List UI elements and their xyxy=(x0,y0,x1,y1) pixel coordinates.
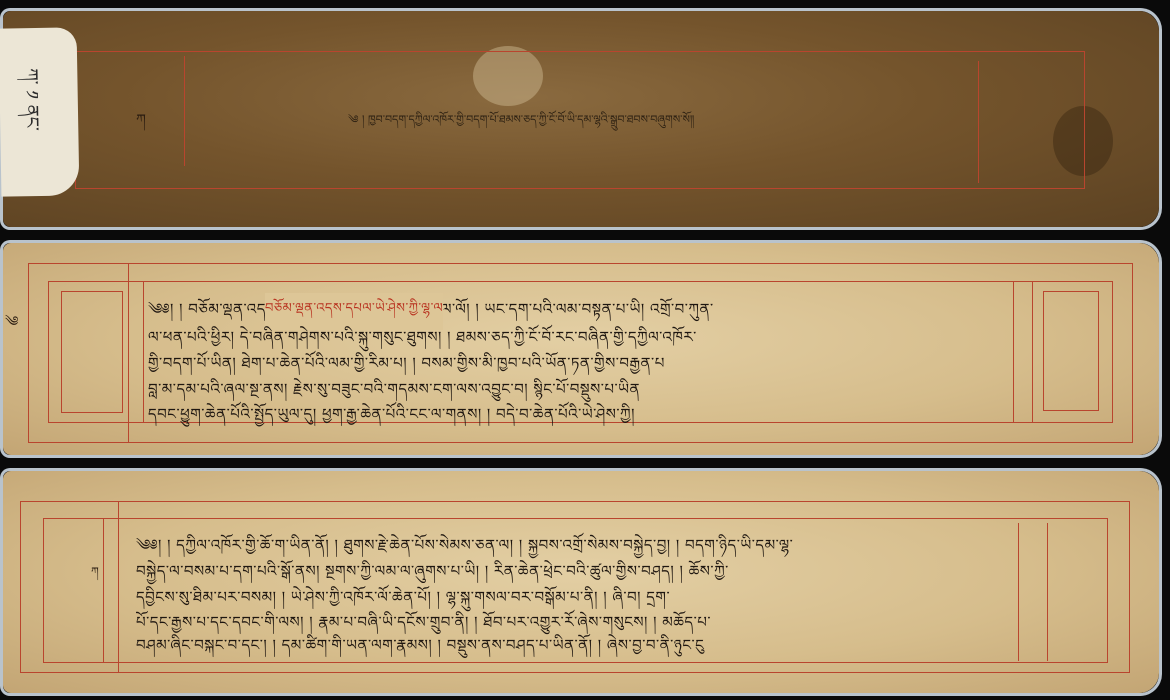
folio-cover-paper: ཀ ༄ ། ཁྱབ་བདག་དཀྱིལ་འཁོར་གྱི་བདག་པོ་ཐམས་… xyxy=(3,11,1159,227)
folio-cover: ཀ ༄ ། ཁྱབ་བདག་དཀྱིལ་འཁོར་གྱི་བདག་པོ་ཐམས་… xyxy=(0,8,1162,230)
text-line-5: བཤམ་ཞིང་བསྐང་བ་དང་། ། དམ་ཚིག་གི་ཡན་ལག་རྣ… xyxy=(136,629,1016,671)
text-line: དབང་ཕྱུག་ཆེན་པོའི་སྤྱོད་ཡུལ་དུ། ཕྱག་རྒྱ་… xyxy=(148,405,635,423)
text-line: བླ་མ་དམ་པའི་ཞལ་སྔ་ནས། རྗེས་སུ་བཟུང་བའི་ག… xyxy=(148,380,640,398)
cover-title: ༄ ། ཁྱབ་བདག་དཀྱིལ་འཁོར་གྱི་བདག་པོ་ཐམས་ཅད… xyxy=(348,107,694,138)
ruling-vline xyxy=(118,501,130,673)
folio-leaf-2-paper: ཀ ༄༅། ། དཀྱིལ་འཁོར་གྱི་ཆོ་ག་ཡིན་ནོ། ། ཐུ… xyxy=(3,471,1159,693)
text-line-5: དབང་ཕྱུག་ཆེན་པོའི་སྤྱོད་ཡུལ་དུ། ཕྱག་རྒྱ་… xyxy=(148,398,1008,440)
ruling-vline xyxy=(128,263,144,443)
text-line: བཤམ་ཞིང་བསྐང་བ་དང་། ། དམ་ཚིག་གི་ཡན་ལག་རྣ… xyxy=(136,636,704,654)
text-line: གྱི་བདག་པོ་ཡིན། ཐེག་པ་ཆེན་པོའི་ལམ་གྱི་རི… xyxy=(148,354,665,372)
ruling-vline-right xyxy=(1018,523,1048,661)
ruling-margin-right xyxy=(978,61,990,183)
ruling-margin-box-right xyxy=(1043,291,1099,411)
ruling-vline xyxy=(143,281,144,423)
folio-leaf-1-paper: ༄ ༄༅། ། བཅོམ་ལྡན་འདས་དཔལ་ཡེ་ཤེས་ཀྱི་ལྷ་ལ… xyxy=(3,243,1159,455)
margin-mark: ཀ xyxy=(91,559,99,590)
margin-mark: ཀ xyxy=(136,103,146,143)
text-line: ལ་ཕན་པའི་ཕྱིར། དེ་བཞིན་གཤེགས་པའི་སྐུ་གསུ… xyxy=(148,328,697,346)
ruling-vline xyxy=(103,518,119,663)
label-slip-text: ཀ་ ༡ ནང་ xyxy=(5,68,56,132)
folio-leaf-2: ཀ ༄༅། ། དཀྱིལ་འཁོར་གྱི་ཆོ་ག་ཡིན་ནོ། ། ཐུ… xyxy=(0,468,1162,696)
text-line: བསྐྱེད་ལ་བསམ་པ་དག་པའི་སྒོ་ནས། སྔགས་ཀྱི་ལ… xyxy=(136,562,729,580)
text-line: ༄༅། ། དཀྱིལ་འཁོར་གྱི་ཆོ་ག་ཡིན་ནོ། ། ཐུགས… xyxy=(136,536,793,554)
text-line: དབྱིངས་སུ་ཐིམ་པར་བསམ། ། ཡེ་ཤེས་ཀྱི་འཁོར་… xyxy=(136,588,670,606)
ruling-margin-box-left xyxy=(61,291,123,413)
folio-leaf-1: ༄ ༄༅། ། བཅོམ་ལྡན་འདས་དཔལ་ཡེ་ཤེས་ཀྱི་ལྷ་ལ… xyxy=(0,240,1162,458)
ruling-vline-right xyxy=(1013,281,1033,423)
margin-mark: ༄ xyxy=(5,305,18,345)
label-slip: ཀ་ ༡ ནང་ xyxy=(0,27,79,196)
ruling-margin-left xyxy=(163,56,185,166)
